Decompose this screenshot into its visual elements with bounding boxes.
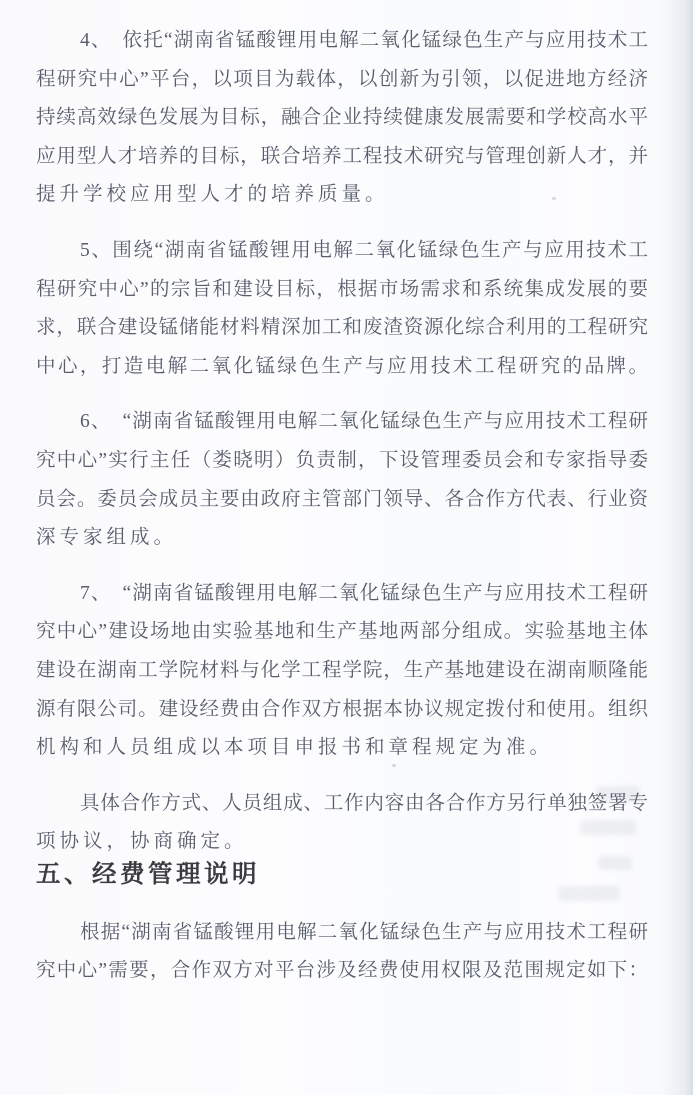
text-line: 求，联合建设锰储能材料精深加工和废渣资源化综合利用的工程研究 bbox=[36, 309, 648, 348]
text-line: 中心，打造电解二氧化锰绿色生产与应用技术工程研究的品牌。 bbox=[36, 348, 648, 387]
text-paragraph: 5、围绕“湖南省锰酸锂用电解二氧化锰绿色生产与应用技术工程研究中心”的宗旨和建设… bbox=[36, 232, 648, 386]
text-line: 具体合作方式、人员组成、工作内容由各合作方另行单独签署专 bbox=[36, 785, 648, 824]
text-line: 究中心”建设场地由实验基地和生产基地两部分组成。实验基地主体 bbox=[36, 613, 648, 652]
text-line: 持续高效绿色发展为目标，融合企业持续健康发展需要和学校高水平 bbox=[36, 99, 648, 138]
text-line: 6、 “湖南省锰酸锂用电解二氧化锰绿色生产与应用技术工程研 bbox=[36, 403, 648, 442]
bleedthrough-mark bbox=[596, 786, 640, 802]
text-line: 程研究中心”平台，以项目为载体，以创新为引领，以促进地方经济 bbox=[36, 61, 648, 100]
document-content: 4、 依托“湖南省锰酸锂用电解二氧化锰绿色生产与应用技术工程研究中心”平台，以项… bbox=[36, 22, 648, 991]
text-line: 源有限公司。建设经费由合作双方根据本协议规定拨付和使用。组织 bbox=[36, 691, 648, 730]
text-paragraph: 4、 依托“湖南省锰酸锂用电解二氧化锰绿色生产与应用技术工程研究中心”平台，以项… bbox=[36, 22, 648, 215]
bleedthrough-mark bbox=[598, 856, 632, 870]
text-line: 7、 “湖南省锰酸锂用电解二氧化锰绿色生产与应用技术工程研 bbox=[36, 575, 648, 614]
scan-speck bbox=[392, 764, 396, 767]
text-paragraph: 6、 “湖南省锰酸锂用电解二氧化锰绿色生产与应用技术工程研究中心”实行主任（娄晓… bbox=[36, 403, 648, 557]
document-page: 4、 依托“湖南省锰酸锂用电解二氧化锰绿色生产与应用技术工程研究中心”平台，以项… bbox=[0, 0, 693, 1095]
text-line: 5、围绕“湖南省锰酸锂用电解二氧化锰绿色生产与应用技术工 bbox=[36, 232, 648, 271]
text-line: 建设在湖南工学院材料与化学工程学院，生产基地建设在湖南顺隆能 bbox=[36, 652, 648, 691]
text-line: 应用型人才培养的目标，联合培养工程技术研究与管理创新人才，并 bbox=[36, 138, 648, 177]
bleedthrough-mark bbox=[558, 886, 620, 901]
bleedthrough-mark bbox=[580, 820, 636, 835]
text-line: 程研究中心”的宗旨和建设目标，根据市场需求和系统集成发展的要 bbox=[36, 271, 648, 310]
text-line: 机构和人员组成以本项目申报书和章程规定为准。 bbox=[36, 729, 648, 768]
text-line: 究中心”实行主任（娄晓明）负责制，下设管理委员会和专家指导委 bbox=[36, 442, 648, 481]
text-paragraph: 根据“湖南省锰酸锂用电解二氧化锰绿色生产与应用技术工程研究中心”需要，合作双方对… bbox=[36, 914, 648, 991]
section-heading: 五、经费管理说明 bbox=[36, 853, 648, 897]
scan-speck bbox=[299, 117, 303, 120]
text-line: 4、 依托“湖南省锰酸锂用电解二氧化锰绿色生产与应用技术工 bbox=[36, 22, 648, 61]
scan-speck bbox=[552, 197, 556, 200]
text-line: 根据“湖南省锰酸锂用电解二氧化锰绿色生产与应用技术工程研 bbox=[36, 914, 648, 953]
text-paragraph: 7、 “湖南省锰酸锂用电解二氧化锰绿色生产与应用技术工程研究中心”建设场地由实验… bbox=[36, 575, 648, 768]
text-line: 提升学校应用型人才的培养质量。 bbox=[36, 176, 648, 215]
text-line: 深专家组成。 bbox=[36, 519, 648, 558]
text-line: 究中心”需要，合作双方对平台涉及经费使用权限及范围规定如下： bbox=[36, 952, 648, 991]
heading-line: 五、经费管理说明 bbox=[36, 853, 648, 897]
text-line: 员会。委员会成员主要由政府主管部门领导、各合作方代表、行业资 bbox=[36, 481, 648, 520]
text-paragraph: 具体合作方式、人员组成、工作内容由各合作方另行单独签署专项协议，协商确定。 bbox=[36, 785, 648, 862]
